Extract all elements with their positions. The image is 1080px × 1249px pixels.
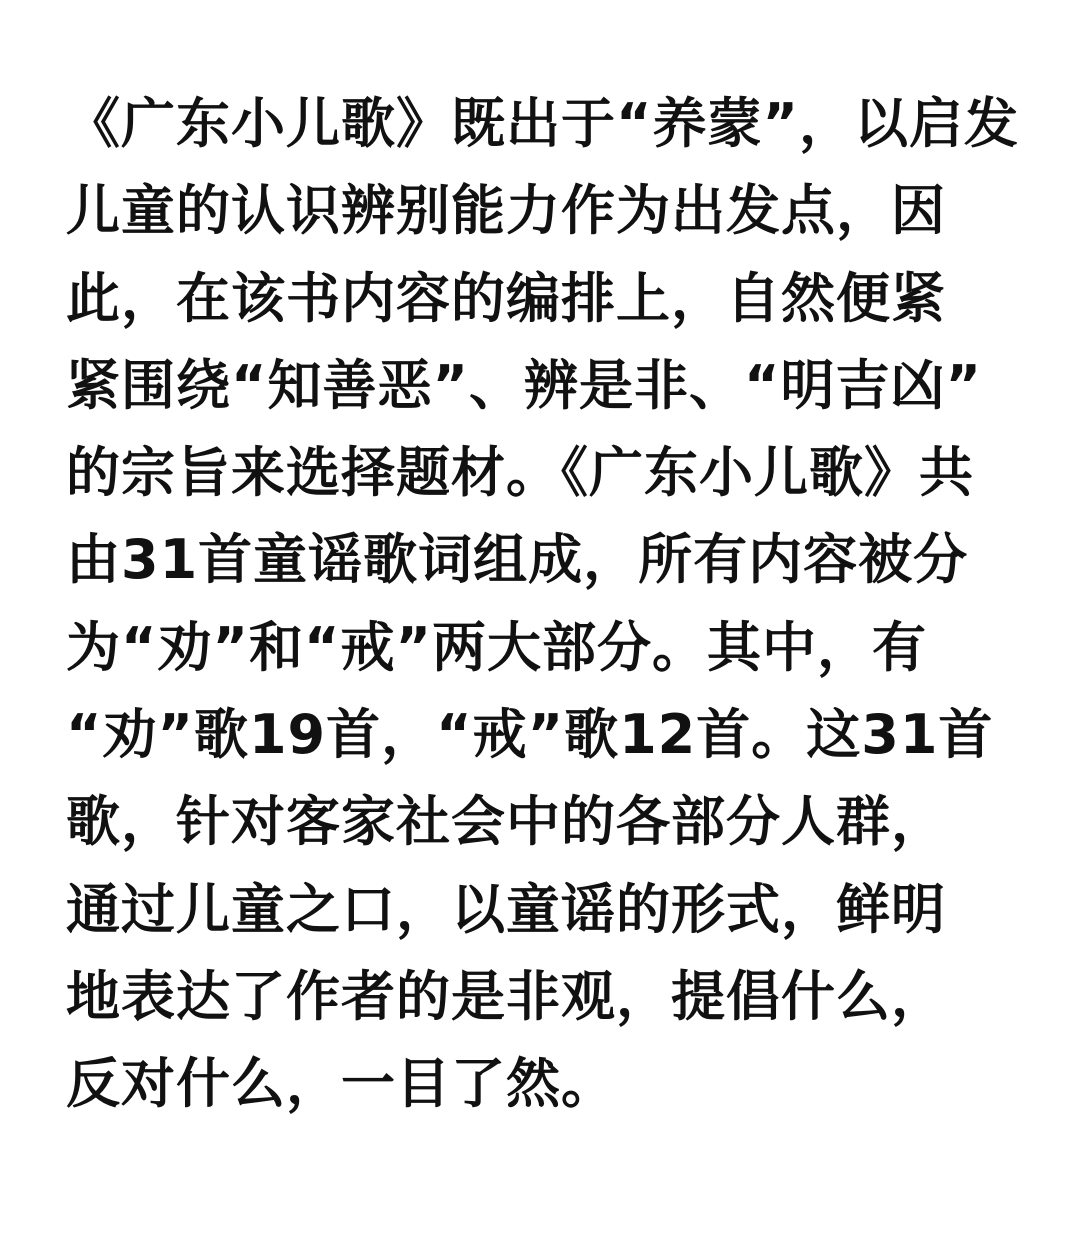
text-line-6: 由31首童谣歌词组成，所有内容被分 — [66, 516, 1016, 603]
text-line-1: 《广东小儿歌》既出于“养蒙”，以启发 — [66, 80, 1016, 167]
text-document: 《广东小儿歌》既出于“养蒙”，以启发 儿童的认识辨别能力作为出发点，因 此，在该… — [66, 80, 1016, 1128]
text-line-3: 此，在该书内容的编排上，自然便紧 — [66, 255, 1016, 342]
text-line-9: 歌，针对客家社会中的各部分人群， — [66, 778, 1016, 865]
text-line-12: 反对什么，一目了然。 — [66, 1040, 1016, 1127]
text-line-11: 地表达了作者的是非观，提倡什么， — [66, 953, 1016, 1040]
text-line-5: 的宗旨来选择题材。《广东小儿歌》共 — [66, 429, 1016, 516]
text-line-4: 紧围绕“知善恶”、辨是非、“明吉凶” — [66, 342, 1016, 429]
text-line-2: 儿童的认识辨别能力作为出发点，因 — [66, 167, 1016, 254]
text-line-10: 通过儿童之口，以童谣的形式，鲜明 — [66, 866, 1016, 953]
text-line-8: “劝”歌19首，“戒”歌12首。这31首 — [66, 691, 1016, 778]
paragraph: 《广东小儿歌》既出于“养蒙”，以启发 儿童的认识辨别能力作为出发点，因 此，在该… — [66, 80, 1016, 1128]
text-line-7: 为“劝”和“戒”两大部分。其中，有 — [66, 604, 1016, 691]
